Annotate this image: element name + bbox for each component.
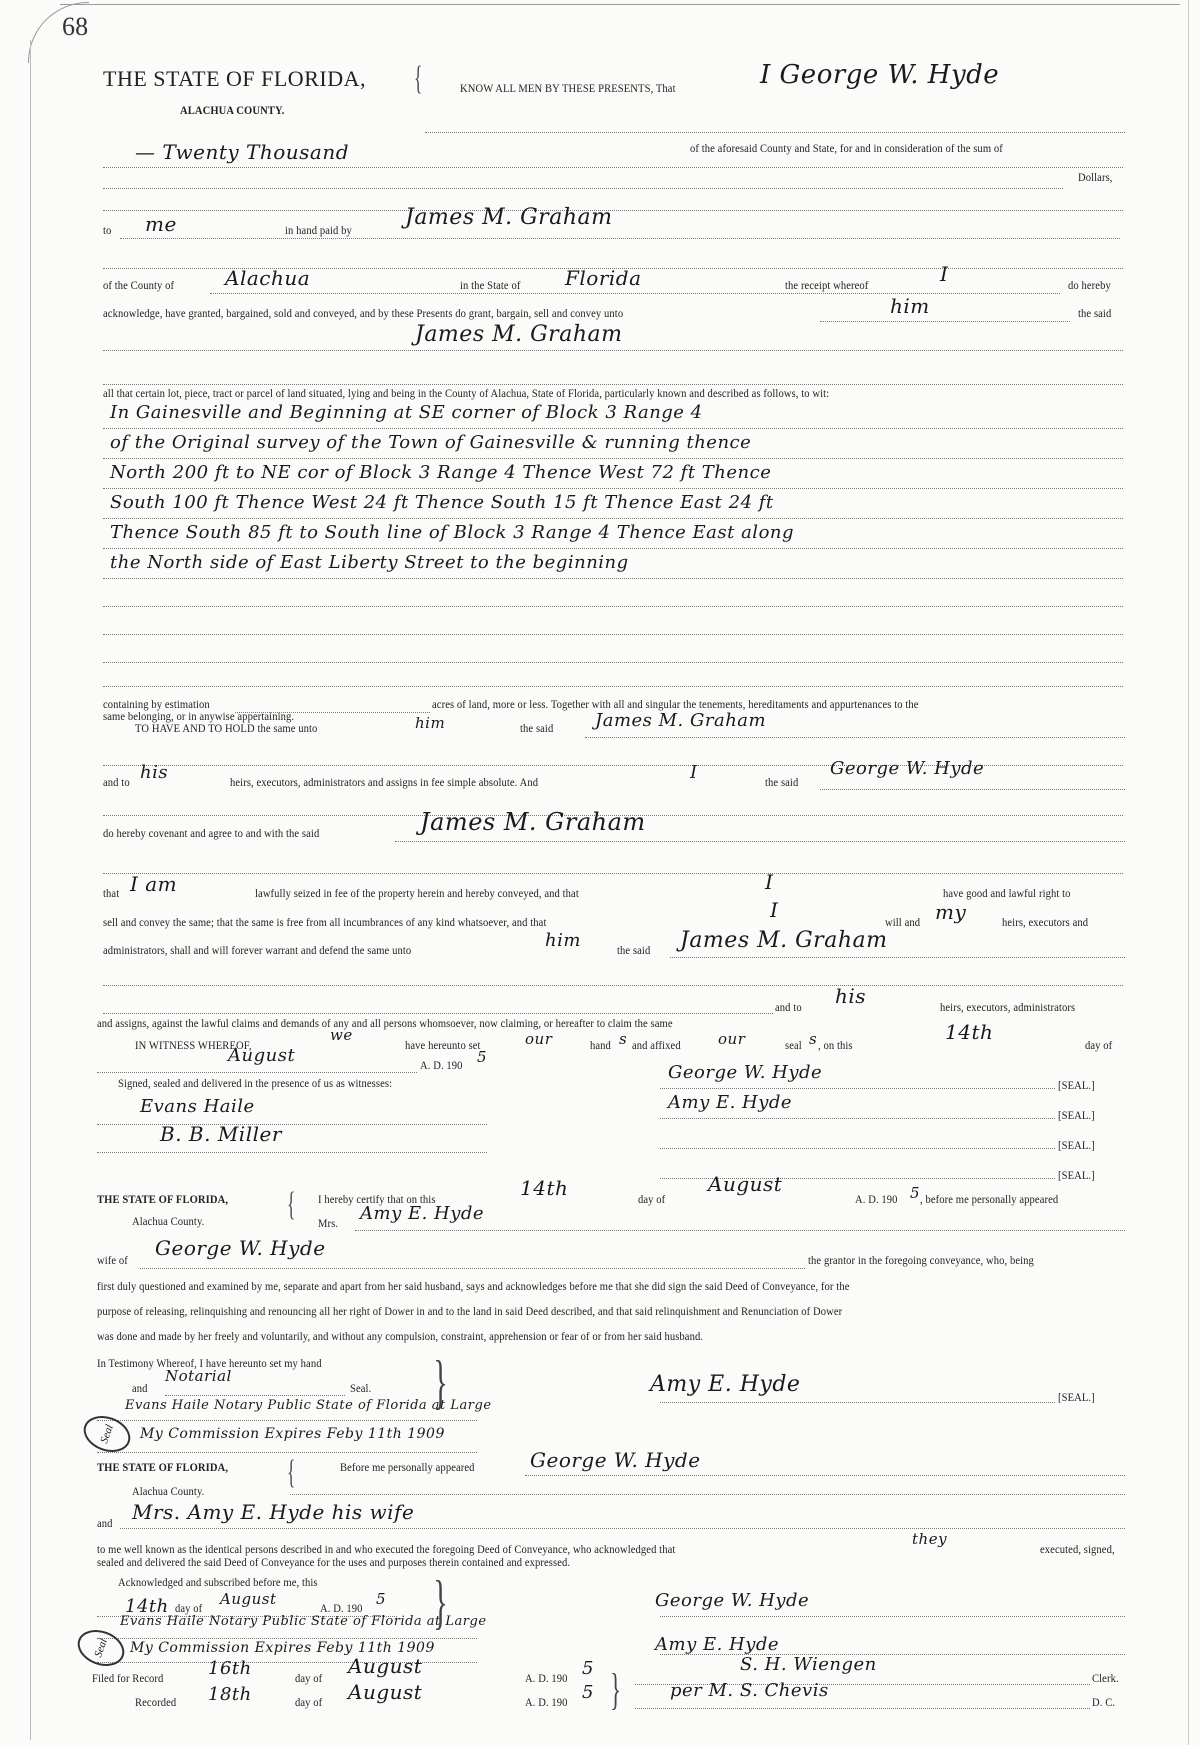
- rule: [103, 488, 1123, 489]
- page-border-right: [1188, 0, 1189, 1745]
- ack-body-line: was done and made by her freely and volu…: [97, 1331, 703, 1343]
- rule: [355, 1230, 1125, 1231]
- the-said-label: the said: [520, 723, 553, 735]
- rule: [103, 578, 1123, 579]
- sell-text: sell and convey the same; that the same …: [103, 917, 546, 929]
- day-handwritten: 14th: [945, 1020, 993, 1044]
- commission-handwritten: My Commission Expires Feby 11th 1909: [140, 1426, 445, 1442]
- hand-s-handwritten: s: [619, 1030, 627, 1048]
- affixed-label: and affixed: [632, 1040, 681, 1052]
- page-border-left: [30, 40, 31, 1740]
- sell-handwritten: I: [770, 898, 778, 922]
- day-handwritten: 14th: [520, 1176, 568, 1200]
- to-handwritten: me: [145, 212, 177, 236]
- they-handwritten: they: [912, 1530, 947, 1548]
- rule: [103, 458, 1123, 459]
- seized-handwritten: I: [765, 870, 773, 894]
- wife-of-label: wife of: [97, 1255, 128, 1267]
- that-handwritten: I am: [130, 872, 177, 896]
- notary-handwritten: Evans Haile Notary Public State of Flori…: [120, 1614, 487, 1629]
- rule: [103, 686, 1123, 687]
- the-said-label: the said: [765, 777, 798, 789]
- rule: [97, 1638, 477, 1639]
- seal-s-handwritten: s: [809, 1030, 817, 1048]
- description-line: South 100 ft Thence West 24 ft Thence So…: [110, 492, 774, 513]
- we-handwritten: we: [330, 1026, 353, 1044]
- and-label: and: [97, 1518, 113, 1530]
- dollars-label: Dollars,: [1078, 172, 1113, 184]
- rule: [525, 1475, 1125, 1476]
- rule: [660, 1148, 1055, 1149]
- grantee-handwritten: James M. Graham: [595, 710, 766, 731]
- will-handwritten: my: [935, 900, 966, 924]
- admins-handwritten: him: [545, 930, 581, 951]
- heirs-exec-text: heirs, executors, administrators: [940, 1002, 1075, 1014]
- state-handwritten: Florida: [565, 266, 642, 290]
- receipt-label: the receipt whereof: [785, 280, 868, 292]
- mrs-label: Mrs.: [318, 1218, 338, 1230]
- rule: [103, 167, 1123, 168]
- do-hereby-label: do hereby: [1068, 280, 1111, 292]
- ack-body-line: first duly questioned and examined by me…: [97, 1281, 849, 1293]
- rule: [820, 321, 1070, 322]
- rule: [165, 1395, 345, 1396]
- day-of-label: day of: [295, 1673, 322, 1685]
- our-handwritten: our: [525, 1030, 552, 1048]
- rule: [103, 548, 1123, 549]
- husband-handwritten: George W. Hyde: [155, 1236, 326, 1260]
- rule: [120, 1528, 1125, 1529]
- rule: [103, 188, 1063, 189]
- consideration-text: of the aforesaid County and State, for a…: [690, 143, 1003, 155]
- receipt-handwritten: I: [940, 262, 948, 286]
- rule: [103, 350, 1123, 351]
- paid-by-handwritten: James M. Graham: [405, 205, 612, 230]
- ad-label: A. D. 190: [525, 1697, 568, 1709]
- ad-label: A. D. 190: [855, 1194, 898, 1206]
- before-text: Before me personally appeared: [340, 1462, 475, 1474]
- deed-page: 68 THE STATE OF FLORIDA, { ALACHUA COUNT…: [0, 0, 1200, 1745]
- sealed-text: sealed and delivered the said Deed of Co…: [97, 1557, 570, 1569]
- rule: [103, 606, 1123, 607]
- rule: [97, 1420, 477, 1421]
- description-line: of the Original survey of the Town of Ga…: [110, 432, 751, 453]
- hand-label: hand: [590, 1040, 611, 1052]
- person1-handwritten: George W. Hyde: [530, 1448, 701, 1472]
- deputy-clerk-label: D. C.: [1092, 1697, 1115, 1709]
- brace: }: [433, 1568, 447, 1637]
- and-to-label: and to: [103, 777, 130, 789]
- rule: [103, 985, 1123, 986]
- ad-label: A. D. 190: [525, 1673, 568, 1685]
- rule: [660, 1402, 1055, 1403]
- grantor-signature: Amy E. Hyde: [655, 1634, 779, 1655]
- signed-sealed-text: Signed, sealed and delivered in the pres…: [118, 1078, 392, 1090]
- ack-body-line: purpose of releasing, relinquishing and …: [97, 1306, 842, 1318]
- seal-label: seal: [785, 1040, 802, 1052]
- clerk-signature: S. H. Wiengen: [740, 1654, 877, 1675]
- grantor-handwritten: George W. Hyde: [830, 758, 984, 779]
- filed-month-handwritten: August: [348, 1654, 422, 1678]
- preamble: KNOW ALL MEN BY THESE PRESENTS, That: [460, 83, 676, 95]
- rule: [660, 1088, 1055, 1089]
- ack-sub-text: Acknowledged and subscribed before me, t…: [118, 1577, 318, 1589]
- grantor-signature: George W. Hyde: [655, 1590, 809, 1611]
- year-handwritten: 5: [477, 1048, 487, 1066]
- rule: [103, 384, 1123, 385]
- brace: {: [287, 1454, 295, 1492]
- seized-text: lawfully seized in fee of the property h…: [255, 888, 579, 900]
- rec-day-handwritten: 18th: [208, 1684, 252, 1705]
- mrs-handwritten: Amy E. Hyde: [360, 1203, 484, 1224]
- rule: [290, 1494, 1125, 1495]
- ack-state-title: THE STATE OF FLORIDA,: [97, 1462, 228, 1474]
- rule: [395, 841, 1125, 842]
- rule: [820, 789, 1125, 790]
- deputy-clerk-signature: per M. S. Chevis: [670, 1680, 829, 1701]
- ack-state-title: THE STATE OF FLORIDA,: [97, 1194, 228, 1206]
- rec-month-handwritten: August: [348, 1680, 422, 1704]
- rule: [660, 1118, 1055, 1119]
- seal-word: Seal.: [350, 1383, 371, 1395]
- year-handwritten: 5: [376, 1590, 386, 1608]
- covenant-handwritten: James M. Graham: [420, 808, 646, 836]
- assigns-text: and assigns, against the lawful claims a…: [97, 1018, 673, 1030]
- will-and-label: will and: [885, 917, 920, 929]
- seal-bracket: [SEAL.]: [1058, 1110, 1095, 1122]
- rule: [103, 1013, 773, 1014]
- wife-signature: Amy E. Hyde: [650, 1372, 800, 1397]
- rule: [103, 662, 1123, 663]
- and-handwritten: I: [690, 762, 698, 783]
- month-handwritten: August: [220, 1590, 276, 1608]
- county-handwritten: Alachua: [225, 266, 310, 290]
- known-text: to me well known as the identical person…: [97, 1544, 675, 1556]
- have-set-text: have hereunto set: [405, 1040, 481, 1052]
- rule: [97, 1452, 477, 1453]
- page-border-top: [60, 4, 1180, 5]
- our2-handwritten: our: [718, 1030, 745, 1048]
- description-line: North 200 ft to NE cor of Block 3 Range …: [110, 462, 771, 483]
- brace: {: [287, 1186, 295, 1224]
- and-label: and: [132, 1383, 148, 1395]
- page-number: 68: [62, 12, 88, 42]
- month-handwritten: August: [708, 1172, 782, 1196]
- the-said-label: the said: [1078, 308, 1111, 320]
- rule: [210, 293, 1060, 294]
- seal-bracket: [SEAL.]: [1058, 1080, 1095, 1092]
- witness-signature: Evans Haile: [140, 1096, 255, 1117]
- the-said-label: the said: [617, 945, 650, 957]
- grantor-signature: Amy E. Hyde: [668, 1092, 792, 1113]
- county-title: ALACHUA COUNTY.: [180, 105, 284, 117]
- rule: [97, 1152, 487, 1153]
- heirs-exec-text: heirs, executors and: [1002, 917, 1088, 929]
- seal-bracket: [SEAL.]: [1058, 1140, 1095, 1152]
- rule: [97, 1124, 487, 1125]
- brace: }: [610, 1664, 621, 1715]
- day-of-label: day of: [1085, 1040, 1112, 1052]
- description-line: Thence South 85 ft to South line of Bloc…: [110, 522, 794, 543]
- ack-county: Alachua County.: [132, 1486, 204, 1498]
- rule: [425, 132, 1125, 133]
- state-title: THE STATE OF FLORIDA,: [103, 66, 366, 92]
- brace: {: [414, 60, 422, 98]
- notary-seal-stamp: Seal: [79, 1410, 136, 1458]
- amount-handwritten: — Twenty Thousand: [135, 140, 349, 164]
- grantor-handwritten: I George W. Hyde: [760, 60, 999, 90]
- grantee-handwritten: James M. Graham: [415, 322, 622, 347]
- notarial-handwritten: Notarial: [165, 1367, 232, 1385]
- day-of-label: day of: [295, 1697, 322, 1709]
- ack-county: Alachua County.: [132, 1216, 204, 1228]
- filed-label: Filed for Record: [92, 1673, 163, 1685]
- rule: [103, 873, 1123, 874]
- executed-text: executed, signed,: [1040, 1544, 1115, 1556]
- containing-text: containing by estimation: [103, 699, 210, 711]
- filed-year-handwritten: 5: [582, 1658, 594, 1679]
- seal-bracket: [SEAL.]: [1058, 1392, 1095, 1404]
- heirs-text: heirs, executors, administrators and ass…: [230, 777, 538, 789]
- to-have-handwritten: him: [415, 714, 445, 732]
- rule: [120, 238, 1120, 239]
- brace: }: [433, 1348, 447, 1417]
- person2-handwritten: Mrs. Amy E. Hyde his wife: [132, 1500, 414, 1524]
- and-to-handwritten: his: [140, 762, 168, 783]
- before-text: , before me personally appeared: [920, 1194, 1058, 1206]
- day-of-label: day of: [638, 1194, 665, 1206]
- seal-bracket: [SEAL.]: [1058, 1170, 1095, 1182]
- grant-text: acknowledge, have granted, bargained, so…: [103, 308, 623, 320]
- description-intro: all that certain lot, piece, tract or pa…: [103, 388, 829, 400]
- year-handwritten: 5: [910, 1184, 920, 1202]
- that-label: that: [103, 888, 119, 900]
- state-label: in the State of: [460, 280, 520, 292]
- notary-seal-stamp: Seal: [73, 1624, 130, 1672]
- county-label: of the County of: [103, 280, 174, 292]
- rule: [585, 737, 1125, 738]
- rule: [103, 210, 1123, 211]
- rule: [103, 428, 1123, 429]
- to-label: to: [103, 225, 111, 237]
- rule: [103, 634, 1123, 635]
- rule: [635, 1708, 1090, 1709]
- and-to-label: and to: [775, 1002, 802, 1014]
- description-line: the North side of East Liberty Street to…: [110, 552, 629, 573]
- month-handwritten: August: [228, 1045, 295, 1066]
- recorded-label: Recorded: [135, 1697, 176, 1709]
- right-text: have good and lawful right to: [943, 888, 1071, 900]
- unto-handwritten: him: [890, 294, 930, 318]
- clerk-label: Clerk.: [1092, 1673, 1119, 1685]
- rule: [660, 1654, 1125, 1655]
- description-line: In Gainesville and Beginning at SE corne…: [110, 402, 703, 423]
- defend-handwritten: James M. Graham: [680, 928, 887, 953]
- and-to-handwritten: his: [835, 984, 866, 1008]
- paid-by-label: in hand paid by: [285, 225, 352, 237]
- rule: [140, 1268, 805, 1269]
- on-this-label: , on this: [818, 1040, 853, 1052]
- rule: [660, 1616, 1125, 1617]
- grantor-text: the grantor in the foregoing conveyance,…: [808, 1255, 1034, 1267]
- rec-year-handwritten: 5: [582, 1682, 594, 1703]
- admins-text: administrators, shall and will forever w…: [103, 945, 411, 957]
- to-have-text: TO HAVE AND TO HOLD the same unto: [135, 723, 317, 735]
- witness-signature: B. B. Miller: [160, 1122, 282, 1146]
- grantor-signature: George W. Hyde: [668, 1062, 822, 1083]
- rule: [103, 518, 1123, 519]
- same-belonging-text: same belonging, or in anywise appertaini…: [103, 711, 294, 723]
- rule: [670, 957, 1125, 958]
- rule: [97, 1072, 417, 1073]
- filed-day-handwritten: 16th: [208, 1658, 252, 1679]
- ad-label: A. D. 190: [420, 1060, 463, 1072]
- covenant-text: do hereby covenant and agree to and with…: [103, 828, 319, 840]
